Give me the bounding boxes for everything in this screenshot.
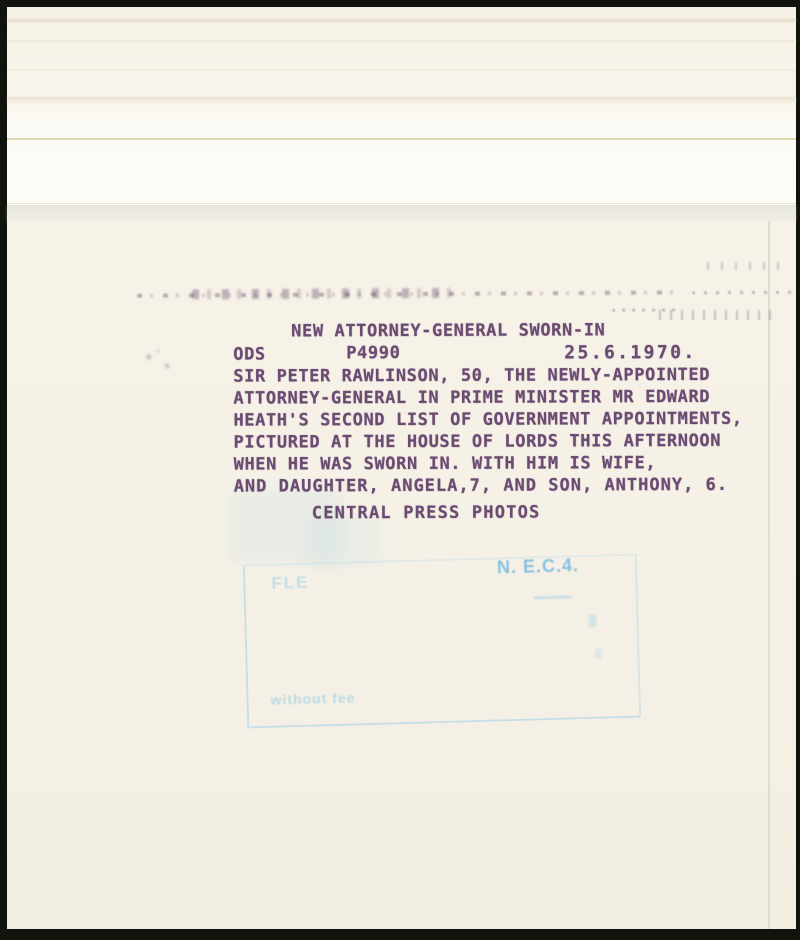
ink-speck-cluster	[707, 262, 787, 270]
caption-agency-code: ODS	[233, 344, 266, 364]
paper-crease	[7, 138, 796, 140]
caption-date: 25.6.1970.	[564, 342, 696, 363]
caption-line: AND DAUGHTER, ANGELA,7, AND SON, ANTHONY…	[234, 475, 728, 497]
scanned-press-photo-back: { "caption": { "heading": "NEW ATTORNEY-…	[0, 0, 800, 940]
ink-smudge	[692, 290, 800, 294]
paper-crease	[7, 40, 796, 42]
caption-line: PICTURED AT THE HOUSE OF LORDS THIS AFTE…	[233, 431, 721, 453]
stamp-fragment-top-left: FLE	[271, 573, 310, 594]
stamp-faded-mark	[534, 595, 572, 599]
rubber-stamp-box: FLE N. E.C.4. without fee	[243, 554, 641, 729]
stamp-fragment-address: N. E.C.4.	[497, 555, 580, 578]
caption-photo-number: P4990	[346, 343, 400, 363]
ink-smudge	[192, 288, 462, 300]
paper-crease	[7, 97, 796, 103]
paper-crease	[7, 19, 796, 22]
stamp-faded-mark	[595, 649, 601, 659]
paper-crease	[7, 203, 796, 204]
agency-credit: CENTRAL PRESS PHOTOS	[312, 503, 541, 524]
caption-heading: NEW ATTORNEY-GENERAL SWORN-IN	[291, 320, 605, 341]
caption-line: ATTORNEY-GENERAL IN PRIME MINISTER MR ED…	[233, 387, 710, 409]
paper-crease	[7, 69, 796, 71]
photo-verso-sheet: NEW ATTORNEY-GENERAL SWORN-IN ODS P4990 …	[7, 7, 796, 929]
caption-line: SIR PETER RAWLINSON, 50, THE NEWLY-APPOI…	[233, 365, 710, 387]
ink-speck-cluster	[659, 310, 779, 320]
caption-line: WHEN HE WAS SWORN IN. WITH HIM IS WIFE,	[234, 453, 657, 474]
stamp-faded-mark	[588, 615, 596, 627]
cardboard-backing-bands	[7, 7, 796, 217]
caption-line: HEATH'S SECOND LIST OF GOVERNMENT APPOIN…	[233, 409, 742, 431]
photo-sheet-top-edge	[7, 205, 796, 221]
ink-speck-cluster	[135, 345, 181, 375]
photo-sheet-right-edge	[768, 221, 770, 929]
stamp-fragment-bottom: without fee	[270, 689, 355, 707]
